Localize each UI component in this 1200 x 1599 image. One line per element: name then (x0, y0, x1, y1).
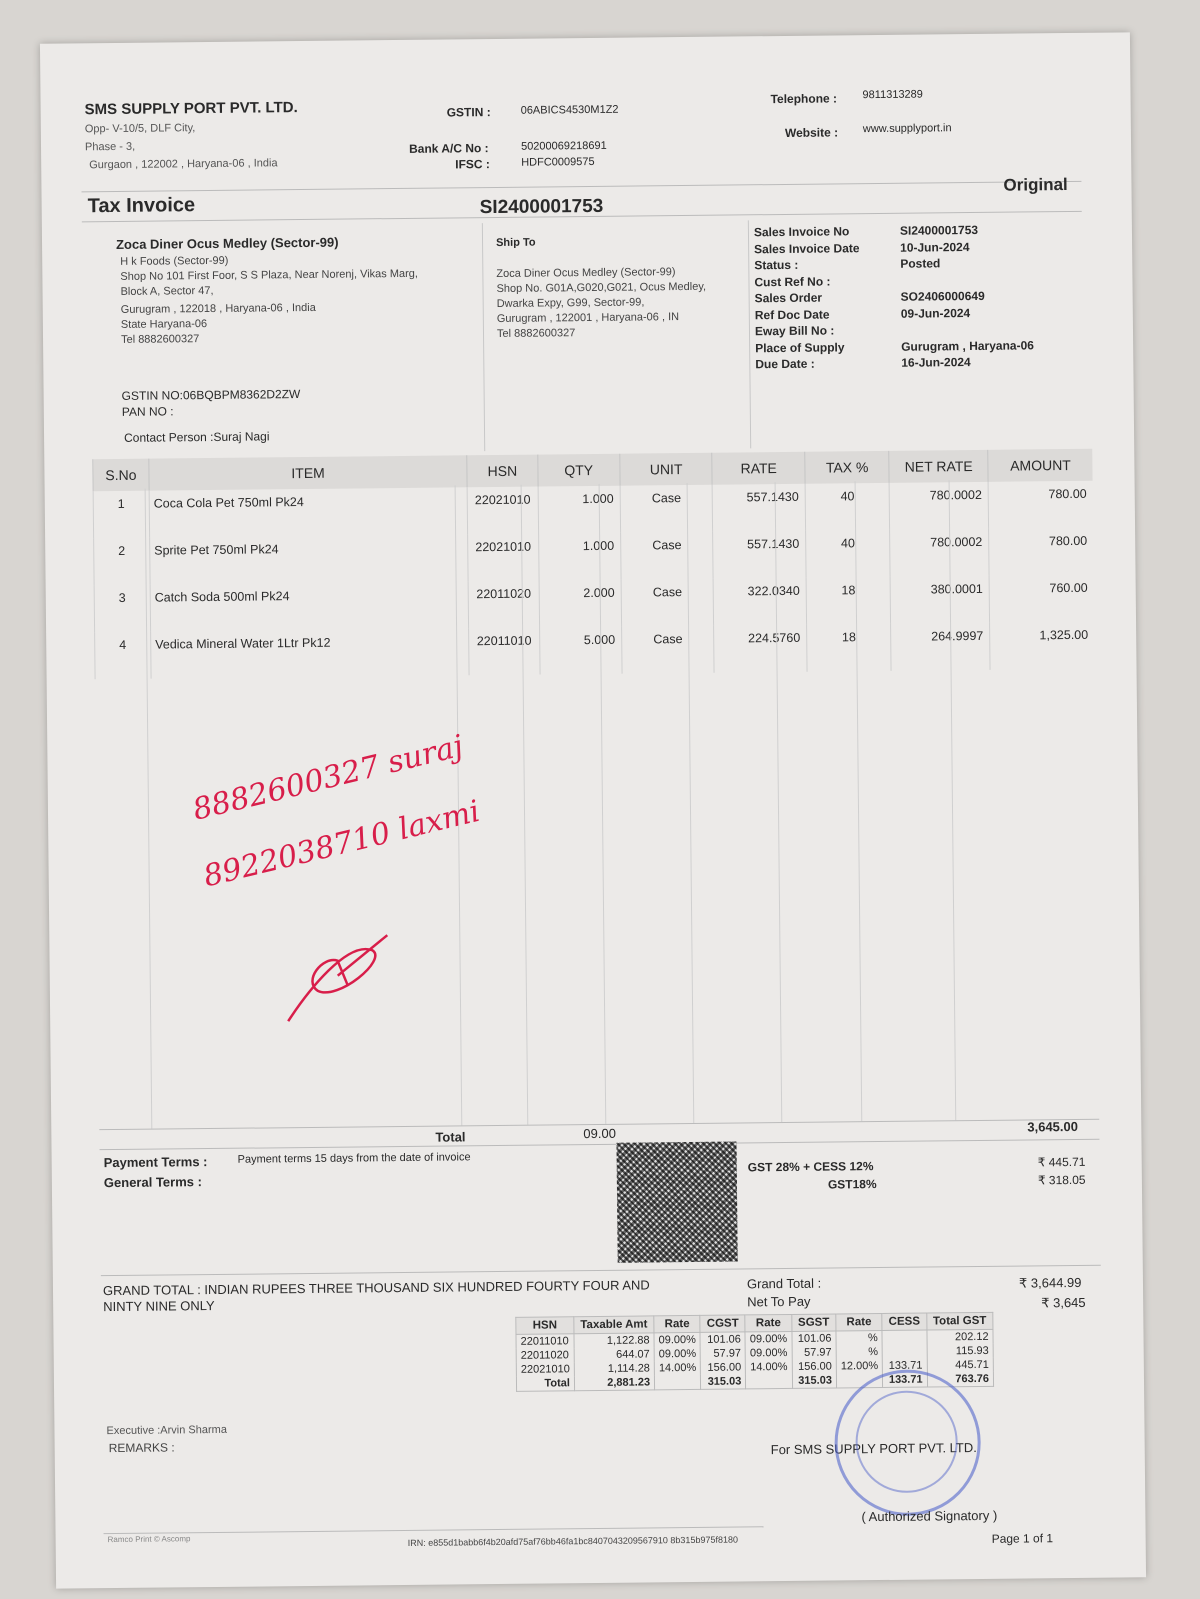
gst-total-cell: 315.03 (701, 1374, 746, 1389)
bill-to-gstin: GSTIN NO:06BQBPM8362D2ZW (122, 387, 301, 403)
powered-by: Ramco Print © Ascomp (108, 1534, 191, 1544)
column-header: UNIT (620, 453, 713, 486)
gst-cell (882, 1330, 926, 1345)
gst-cell: 09.00% (654, 1347, 700, 1361)
handwritten-signature-icon (277, 930, 398, 1031)
bill-to-address: H k Foods (Sector-99)Shop No 101 First F… (120, 252, 419, 348)
gst-cell: 156.00 (701, 1360, 746, 1374)
ifsc-code: HDFC0009575 (521, 156, 594, 169)
authorized-signatory: ( Authorized Signatory ) (861, 1508, 997, 1524)
table-cell: 2.000 (539, 580, 622, 628)
bank-account: 50200069218691 (521, 140, 607, 153)
gst-column-header: Taxable Amt (574, 1316, 654, 1334)
total-label: Total (435, 1129, 465, 1144)
table-cell: 1 (93, 491, 149, 539)
table-cell: 4 (95, 632, 151, 680)
gst-cell: 57.97 (792, 1345, 836, 1359)
table-cell: 18 (807, 624, 892, 672)
table-cell: Vedica Mineral Water 1Ltr Pk12 (151, 628, 470, 678)
gst-cell: 202.12 (927, 1329, 994, 1344)
page-number: Page 1 of 1 (992, 1531, 1054, 1546)
tax-summary-value-1: ₹ 445.71 (1038, 1155, 1086, 1169)
table-cell: Case (621, 532, 714, 580)
grand-total-value: ₹ 3,644.99 (1019, 1275, 1082, 1292)
meta-label: Sales Invoice Date (754, 239, 900, 257)
gst-column-header: Rate (745, 1314, 791, 1331)
meta-value: SI2400001753 (900, 222, 978, 239)
meta-label: Cust Ref No : (754, 272, 900, 290)
table-row: 4Vedica Mineral Water 1Ltr Pk12220110105… (95, 622, 1095, 679)
column-header: ITEM (149, 455, 468, 490)
grand-total-words: GRAND TOTAL : INDIAN RUPEES THREE THOUSA… (103, 1277, 650, 1298)
total-qty: 09.00 (583, 1126, 616, 1141)
table-cell: 780.00 (988, 481, 1093, 529)
column-header: RATE (712, 452, 805, 485)
bill-to-name: Zoca Diner Ocus Medley (Sector-99) (116, 235, 339, 252)
bank-label: Bank A/C No : (409, 141, 489, 156)
invoice-page: SMS SUPPLY PORT PVT. LTD. Opp- V-10/5, D… (40, 32, 1146, 1588)
table-cell: 2 (94, 538, 150, 586)
table-cell: Catch Soda 500ml Pk24 (150, 581, 469, 631)
table-cell: 780.0002 (890, 482, 989, 530)
column-header: HSN (467, 455, 538, 488)
gst-cell: 14.00% (654, 1361, 700, 1375)
table-cell: 322.0340 (714, 578, 807, 626)
grand-total-words-2: NINTY NINE ONLY (103, 1298, 215, 1314)
gst-cell: 101.06 (700, 1332, 745, 1347)
meta-value: 16-Jun-2024 (901, 354, 971, 371)
telephone: 9811313289 (862, 89, 922, 102)
meta-value: Gurugram , Haryana-06 (901, 337, 1034, 355)
website: www.supplyport.in (863, 122, 952, 135)
grand-total-label: Grand Total : (747, 1276, 821, 1292)
net-to-pay-label: Net To Pay (747, 1294, 811, 1310)
tax-summary-label-2: GST18% (828, 1177, 877, 1192)
payment-terms: Payment terms 15 days from the date of i… (238, 1151, 471, 1165)
table-cell: Case (621, 579, 714, 627)
items-table: S.NoITEMHSNQTYUNITRATETAX %NET RATEAMOUN… (92, 449, 1094, 679)
gst-column-header: HSN (516, 1317, 574, 1335)
table-cell: 40 (806, 530, 891, 578)
column-header: QTY (537, 454, 620, 487)
ship-to-address: Zoca Diner Ocus Medley (Sector-99)Shop N… (496, 265, 706, 342)
telephone-label: Telephone : (770, 91, 837, 106)
gstin-label: GSTIN : (447, 105, 491, 119)
gst-cell: 22011020 (516, 1348, 574, 1363)
gst-cell: 115.93 (927, 1344, 994, 1359)
meta-label: Ref Doc Date (755, 305, 901, 323)
gst-cell: 09.00% (745, 1346, 791, 1360)
remarks-label: REMARKS : (109, 1440, 175, 1455)
table-cell: 5.000 (539, 627, 622, 675)
website-label: Website : (785, 125, 838, 140)
gst-column-header: Total GST (926, 1312, 993, 1330)
tax-summary-value-2: ₹ 318.05 (1038, 1173, 1086, 1187)
gst-cell: % (836, 1345, 882, 1359)
table-cell: 264.9997 (891, 623, 990, 671)
gst-cell: 644.07 (574, 1347, 654, 1362)
table-cell: 1.000 (538, 486, 621, 534)
table-cell: 40 (805, 483, 890, 531)
table-cell: Coca Cola Pet 750ml Pk24 (149, 487, 468, 537)
qr-code (616, 1142, 737, 1263)
table-cell: 380.0001 (891, 576, 990, 624)
gst-cell: % (836, 1330, 882, 1345)
gst-cell: 445.71 (927, 1358, 994, 1373)
table-cell: 557.1430 (713, 484, 806, 532)
tax-summary-label-1: GST 28% + CESS 12% (748, 1159, 874, 1174)
meta-label: Eway Bill No : (755, 322, 901, 340)
seller-address-3: Gurgaon , 122002 , Haryana-06 , India (89, 157, 277, 171)
meta-row: Due Date :16-Jun-2024 (755, 353, 1034, 372)
gst-cell: 22021010 (516, 1362, 574, 1377)
meta-value: 10-Jun-2024 (900, 239, 970, 256)
gst-total-cell: 315.03 (792, 1373, 836, 1388)
column-header: TAX % (805, 451, 890, 484)
gst-column-header: Rate (836, 1314, 882, 1331)
general-terms-label: General Terms : (104, 1174, 202, 1190)
bill-to-pan: PAN NO : (122, 404, 174, 419)
table-cell: 780.0002 (890, 529, 989, 577)
gst-column-header: CESS (882, 1313, 927, 1330)
gst-column-header: CGST (700, 1315, 745, 1332)
column-header: NET RATE (889, 450, 988, 483)
table-cell: 1,325.00 (990, 622, 1095, 670)
table-cell: 22021010 (467, 487, 538, 535)
gst-column-header: Rate (654, 1315, 700, 1332)
invoice-meta: Sales Invoice NoSI2400001753Sales Invoic… (754, 221, 1034, 372)
gst-total-cell (654, 1375, 700, 1390)
gst-cell: 22011010 (516, 1334, 574, 1349)
gst-total-cell: 2,881.23 (574, 1375, 654, 1390)
table-cell: 760.00 (989, 575, 1094, 623)
net-to-pay-value: ₹ 3,645 (1041, 1295, 1086, 1311)
gst-cell: 1,122.88 (574, 1333, 654, 1348)
meta-label: Sales Invoice No (754, 223, 900, 241)
contact-person: Contact Person :Suraj Nagi (124, 429, 270, 445)
gst-cell: 57.97 (700, 1346, 745, 1360)
column-header: AMOUNT (988, 449, 1093, 482)
gst-cell: 101.06 (792, 1331, 836, 1346)
meta-label: Sales Order (755, 289, 901, 307)
meta-value: 09-Jun-2024 (901, 305, 971, 322)
table-cell: 224.5760 (714, 625, 807, 673)
table-cell: 3 (94, 585, 150, 633)
table-cell: 18 (806, 577, 891, 625)
meta-value: SO2406000649 (901, 288, 985, 305)
payment-terms-label: Payment Terms : (104, 1154, 208, 1170)
table-cell: 557.1430 (713, 531, 806, 579)
ifsc-label: IFSC : (455, 157, 490, 171)
table-cell: Case (620, 485, 713, 533)
seller-gstin: 06ABICS4530M1Z2 (521, 104, 619, 117)
gst-total-cell (746, 1374, 792, 1389)
gst-cell: 09.00% (654, 1332, 700, 1347)
seller-address-2: Phase - 3, (85, 141, 135, 154)
seller-address-1: Opp- V-10/5, DLF City, (85, 122, 196, 135)
meta-label: Place of Supply (755, 338, 901, 356)
meta-label: Status : (754, 256, 900, 274)
seller-name: SMS SUPPLY PORT PVT. LTD. (85, 99, 298, 118)
table-cell: 22011010 (469, 628, 540, 676)
table-cell: 22011020 (468, 581, 539, 629)
table-cell: Case (621, 626, 714, 674)
gst-cell: 1,114.28 (574, 1361, 654, 1376)
gst-total-cell: Total (516, 1376, 574, 1391)
gst-cell (882, 1345, 926, 1359)
gst-column-header: SGST (791, 1314, 835, 1331)
gst-cell: 14.00% (746, 1360, 792, 1374)
gst-cell: 156.00 (792, 1359, 836, 1373)
ship-to-label: Ship To (496, 237, 536, 249)
executive: Executive :Arvin Sharma (106, 1424, 227, 1437)
company-stamp-icon (834, 1369, 982, 1517)
table-cell: 22021010 (468, 534, 539, 582)
column-header: S.No (93, 459, 149, 492)
meta-label: Due Date : (755, 355, 901, 373)
copy-type: Original (1003, 175, 1067, 196)
irn: IRN: e855d1babb6f4b20afd75af76bb46fa1bc8… (408, 1535, 738, 1548)
gst-cell: 09.00% (745, 1331, 791, 1346)
table-cell: 780.00 (989, 528, 1094, 576)
meta-row: Place of SupplyGurugram , Haryana-06 (755, 337, 1034, 356)
total-amount: 3,645.00 (1027, 1119, 1078, 1135)
gst-cell: 12.00% (836, 1359, 882, 1373)
meta-value: Posted (900, 255, 940, 272)
table-cell: Sprite Pet 750ml Pk24 (150, 534, 469, 584)
doc-title: Tax Invoice (88, 194, 196, 218)
table-cell: 1.000 (538, 533, 621, 581)
